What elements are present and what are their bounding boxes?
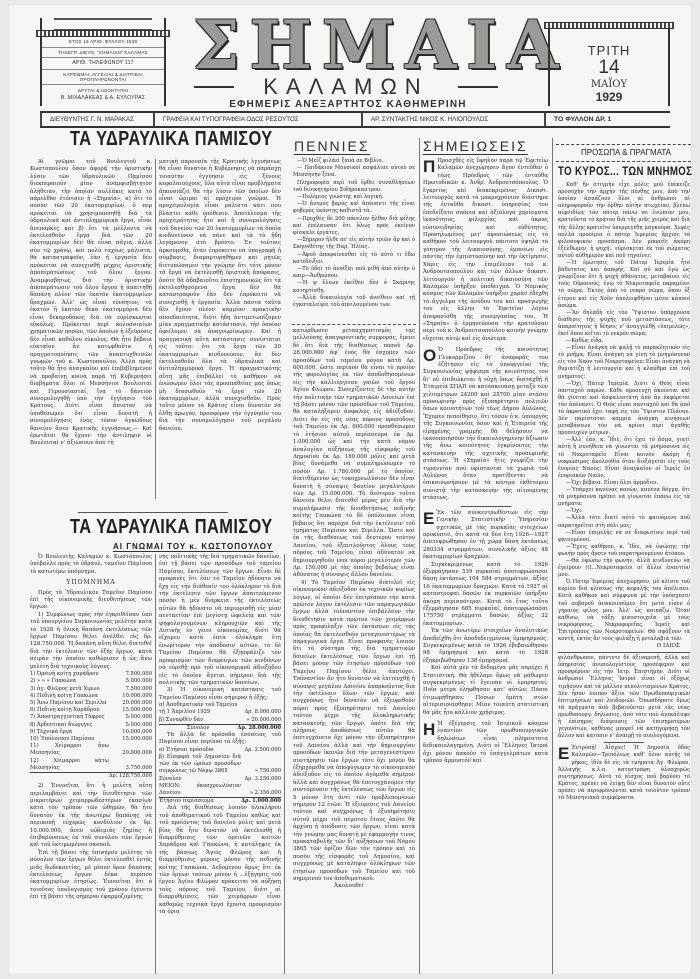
greek-key-ornament xyxy=(544,22,674,29)
memo-paragraph-3: Ἐπὶ τῇ βάσει τῆς ἐπισήμου μελέτης τὸ σύν… xyxy=(30,850,152,902)
article-2-text-b4: Διὰ τῆς διαθέσεως λοιπὸν ὁλοκλήρου τοῦ ἀ… xyxy=(159,805,281,916)
pennies-item: Πληροφορία περὶ τοῦ ἔρθει συναθλήσεων το… xyxy=(293,180,415,194)
persons-column: Καθ' ἣν στιγμὴν εἶχε μόλις μοῦ ἐπέκειζε … xyxy=(558,182,690,802)
note-8: ΕἘντροπή! Αἶσχος! Ἡ Δημοσία ὁδὸς Καλαμῶν… xyxy=(558,745,690,802)
continued-note: Ἀκολουθεῖ xyxy=(293,883,415,890)
finance-table: α) Ἀποθεματικὸν τοῦ Ταμείου τῇ 1 Ἀπριλίο… xyxy=(159,702,281,732)
article-2-column-a: Ὁ Βουλευτὴς Καλαμῶν κ. Κωστόπουλος ὑπέβα… xyxy=(30,554,152,902)
note-1: ΠΠροσχθὲς εἰς ὕψηλον παρὰ τῷ Ἐφετείῳ Καλ… xyxy=(423,158,548,343)
income-label: α) Ἐτήσιαι πρόσοδοι xyxy=(159,747,241,754)
note-6: Καὶ αὐτὰ μὲν τὰ δεδομένα μᾶς παρέχει ἡ Σ… xyxy=(423,665,548,717)
note-1-text: Προσχθὲς εἰς ὕψηλον παρὰ τῷ Ἐφετείῳ Καλα… xyxy=(423,158,548,342)
note-3: ΕἘκ τῶν συνκεντρωθέντων εἰς τὴν Γενικὴν … xyxy=(423,510,548,562)
info-bar: ΔΙΕΥΘΥΝΤΗΣ Γ. Ν. ΜΑΡΑΚΑΣ ΓΡΑΦΕΙΑ ΚΑΙ ΤΥΠ… xyxy=(40,111,670,128)
weekday: ΤΡΙΤΗ xyxy=(550,43,668,58)
work-value: 10.000.000 xyxy=(109,693,152,700)
work-label: 4) Πεδινὴ κοίτη Γαακώνα xyxy=(30,693,109,700)
finance-value: » 20.000.000 xyxy=(237,717,281,725)
day-number: 14 xyxy=(550,58,668,79)
income-table: α) Ἐτήσιαι πρόσοδοιΔρ. 2.500.000 β) Εἰσφ… xyxy=(159,747,281,806)
work-value: 20.000.000 xyxy=(109,700,152,707)
table-row: α) Ἐτήσιαι πρόσοδοιΔρ. 2.500.000 xyxy=(159,747,281,754)
divider xyxy=(604,742,644,743)
director: ΔΙΕΥΘΥΝΤΗΣ Γ. Ν. ΜΑΡΑΚΑΣ xyxy=(40,113,155,126)
persons-paragraph: —Ὄχι βέβαια. Εἶναι ὅλοι ἀρμόδιοι. xyxy=(558,480,690,487)
table-row: 2) » » » Γαακώνα5.000.000 xyxy=(30,678,152,685)
column-divider xyxy=(552,138,553,974)
work-value: 20.000.000 xyxy=(109,743,152,757)
table-row: ΜΕΙΟΝ; ὀκοσχρεωλύσιον Δανείου» 2.350.000 xyxy=(159,783,281,798)
persons-paragraph: —Εἶναι ἀνάγκη νὰ ψαλῇ τὸ παρακλητικὸν εἰ… xyxy=(558,345,690,380)
income-value: Δρ. 3.250.000 xyxy=(241,776,281,783)
ads-note: ΚΑΡΦΩΜΑΙ, ΑΓΓΕΛΙΑΙ & ΔΙΑΤΡΙΒΑΙ ΠΡΟΠΛΗΡΩΝ… xyxy=(42,70,164,86)
persons-paragraph: —Ἂν δηλαδὴ εἰς τὸν Ὕψιστον ὑπάρχουσα διά… xyxy=(558,310,690,338)
article-2-subhead: ΑΙ ΓΝΩΜΑΙ ΤΟΥ κ. ΚΩΣΤΟΠΟΥΛΟΥ xyxy=(113,542,273,552)
article-1-column-b: ματικὴ παρουσία τῆς Κρατικῆς ἐγγυήσεως θ… xyxy=(159,159,281,433)
work-value: 7.500.000 xyxy=(109,671,152,678)
pennies-item: —Τὸ ὁδοὶ τὸ ἀνοῖξαι ποῦ μιθῆ ἀπὸ αὐτὴν ὁ… xyxy=(293,266,415,280)
finance-label: α) Ἀποθεματικὸν τοῦ Ταμείου τῇ 1 Ἀπριλίο… xyxy=(159,702,237,716)
work-value: 5.000.000 xyxy=(109,722,152,729)
table-row: 4) Πεδινὴ κοίτη Γαακώνα10.000.000 xyxy=(30,693,152,700)
dropcap: Π xyxy=(423,159,435,174)
pennies-item: —Ὁ ἄνεμος βαρὺς καὶ ἀπέναντι τῆς εἶναι φ… xyxy=(293,201,415,215)
article-1-text-b: ματικὴ παρουσία τῆς Κρατικῆς ἐγγυήσεως θ… xyxy=(159,159,281,433)
memo-paragraph-2: 2) Ἐννοεῖται ὅτι ἡ μελέτη αὕτη περιλαμβά… xyxy=(30,783,152,850)
table-row: 9) Τεχνικὰ ἔργα10.000.000 xyxy=(30,729,152,736)
persons-paragraph: —Ἀλλὰ τότε διατί αὐτὸ τὸ φαινόμενο ποῦ π… xyxy=(558,515,690,529)
work-value: 15.000.000 xyxy=(109,736,152,743)
work-value: 7.500.000 xyxy=(109,686,152,693)
table-row: β) Εἰσφορὰ τοῦ Δημοσίου διὰ τῶν ἐκ τῶν ὡ… xyxy=(159,754,281,776)
article-1-column-a: Αἱ γνῶμαι τοῦ Βουλευτοῦ κ. Κωστοπούλου ὅ… xyxy=(30,159,152,448)
newspaper-page: ΕΤΟΣ 16 ΑΡΙΘ. ΦΥΛΛΟΥ 4539 ΤΗΛΕΓΡ. ΔΙΕΥΘ.… xyxy=(8,4,692,975)
work-label: 11) Χείμαρροι ἄνω Μεσσηνίας xyxy=(30,743,109,757)
persons-headline: ΤΟ ΚΥΡΟΣ... ΤΩΝ ΜΝΗΜΟΣΥΝΩΝ xyxy=(558,164,692,178)
divider xyxy=(78,512,228,513)
article-1-headline: ΤΑ ΥΔΡΑΥΛΙΚΑ ΠΑΜΙΣΟΥ xyxy=(70,128,273,151)
pennies-item: — Παιδάκιον Μουσικοί ασφάλισε αὐτοὺ σε Μ… xyxy=(293,165,415,179)
persons-paragraph: —Εἶναι ἐπιμελὴς νὰ σὲ διαφωτίσω περὶ τοῦ… xyxy=(558,530,690,544)
note-3-text: Ἐκ τῶν συνκεντρωθέντων εἰς τὴν Γενικὴν Σ… xyxy=(423,510,548,560)
income-label: β) Εἰσφορὰ τοῦ Δημοσίου διὰ τῶν ἐκ τῶν ὡ… xyxy=(159,754,241,776)
offices: ΓΡΑΦΕΙΑ ΚΑΙ ΤΥΠΟΓΡΑΦΕΙΑ ΟΔΟΣ ΡΕΣΟΥΤΟΣ xyxy=(155,113,363,126)
persons-paragraph: Καθ' ἣν στιγμὴν εἶχε μόλις μοῦ ἐπέκειζε … xyxy=(558,182,690,260)
income-value: » 2.350.000 xyxy=(241,783,281,798)
pennies-item: —Ἀφοῦ ἀποφαίνεσθαι εἰς τὸ αὐτό τι ἔδω κα… xyxy=(293,252,415,266)
box-cap-ornament xyxy=(54,18,152,30)
dropcap: Ε xyxy=(423,511,434,526)
memo-address: Πρὸς τὸ Ὑδραυλικὸν Ταμεῖον Παμίσου ἐπὶ τ… xyxy=(30,590,152,612)
memo-title: ΥΠΟΜΝΗΜΑ xyxy=(30,579,152,586)
divider xyxy=(292,324,416,325)
article-1-text-a: Αἱ γνῶμαι τοῦ Βουλευτοῦ κ. Κωστοπούλου ὅ… xyxy=(30,159,152,448)
work-label: 12) Χείμαρροι κάτω Μεσσηνίας xyxy=(30,758,109,773)
column-divider xyxy=(284,554,285,974)
dropcap: Ε xyxy=(558,746,569,761)
work-value: 15.000.000 xyxy=(109,707,152,714)
article-2-text-b3: Τὰ ἄλλα δὲ πρόσοδα ἐσόσειας τοῦ Παμίσου … xyxy=(159,732,281,747)
pennies-column: —Ὁ Μεϊζ φιλάει ξανὰ σε Βιβλιο. — Παιδάκι… xyxy=(293,158,415,309)
month: ΜΑΪΟΥ xyxy=(550,79,668,90)
column-divider xyxy=(155,159,156,499)
notes-heading: ΣΗΜΕΙΩΣΕΙΣ xyxy=(423,138,528,155)
newspaper-subtitle: ΚΑΛΑΜΩΝ xyxy=(196,74,496,100)
date-box: ΤΡΙΤΗ 14 ΜΑΪΟΥ 1929 xyxy=(548,22,670,106)
persons-things-box: ΠΡΟΣΩΠΑ & ΠΡΑΓΜΑΤΑ xyxy=(556,144,692,162)
pennies-item: —Ἀλλά δικαιολογία τοῦ ἀνείθειν καὶ τῇ ἐγ… xyxy=(293,295,415,309)
table-row: ΣύνολονΔρ. 3.250.000 xyxy=(159,776,281,783)
phone-number: ΑΡΙΘ. ΤΗΛΕΦΩΝΟΥ 117 xyxy=(42,58,164,70)
table-total-row: Δρ. 128.750.000 xyxy=(30,772,152,780)
table-row: 12) Χείμαρροι κάτω Μεσσηνίας3.750.000 xyxy=(30,758,152,773)
finance-label: Σύνολον xyxy=(159,724,237,732)
owners: Β. ΜΙΧΑΛΑΚΕΑΣ & Α. ΕΥΛΟΥΡΑΣ xyxy=(42,93,164,104)
pennies-heading: ΠΕΝΝΙΕΣ xyxy=(294,138,370,155)
column-divider xyxy=(419,138,420,974)
work-label: 8) Ἀρδευτικαὶ διώρυγες xyxy=(30,722,109,729)
pennies-item: —Προχθὲς δὲ 200 πάνελον ἤλθον διὰ φίλης … xyxy=(293,216,415,238)
greek-key-ornament xyxy=(36,30,170,37)
income-label: Σύνολον xyxy=(159,776,241,783)
income-label: ΜΕΙΟΝ; ὀκοσχρεωλύσιον Δανείου xyxy=(159,783,241,798)
work-label: 9) Τεχνικὰ ἔργα xyxy=(30,729,109,736)
divider xyxy=(558,652,690,653)
note-5: Ἐκ τῶν ἀνωτέρω στοιχείων ἀναλυτικῶς ἀπεδ… xyxy=(423,628,548,665)
income-value: Δρ. 2.500.000 xyxy=(241,747,281,754)
table-total-row: ΣύνολονΔρ. 28.000.000 xyxy=(159,724,281,732)
finance-value: Δρ. 28.000.000 xyxy=(237,724,281,732)
table-row: 8) Ἀρδευτικαὶ διώρυγες5.000.000 xyxy=(30,722,152,729)
note-4: Συγκεκριμένως κατὰ τὸ 1926 ἐξερράγησαν 5… xyxy=(423,562,548,629)
article-2-column-c: κατώρθωσεν μετασχηματισμός τας μελλούσης… xyxy=(293,328,415,891)
note-7-text: Ἡ ἐξέγερσις τοῦ Ἰατρικοῦ κόσμου ἐναντίον… xyxy=(423,721,548,764)
article-2-text-c1: κατώρθωσεν μετασχηματισμός τας μελλούσης… xyxy=(293,328,415,580)
note-2-text: Ὁ Πρόεδρος τῆς κοινότητος Γλυκορριζίου δ… xyxy=(423,347,548,501)
work-value: 5.000.000 xyxy=(109,714,152,721)
persons-paragraph: Ὁ Πάτερ Ἱερεμίας ἀπεχώρησεν, μὲ κλίσιν τ… xyxy=(558,579,690,643)
article-2-column-b: νης πολιτικῆς τῆς διὰ τμηματικῶν δανείων… xyxy=(159,554,281,916)
article-2-text-b2: 3) Ἡ οἰκονομικὴ κατάστασις τοῦ Ταμείου Π… xyxy=(159,687,281,702)
newspaper-title: ΣΗΜΑΙΑ xyxy=(193,12,498,78)
article-2-text-c2: 4) Τὸ Ταμεῖον Παμίσου διατελεῖ εἰς οἰκον… xyxy=(293,580,415,884)
notes-continued: φιλάνθρωπον, πάντοτε δὲ ἀξιοπρεπῆ, ἀλλὰ … xyxy=(558,655,690,740)
persons-paragraph: —Ἔχεις καθῆκον, κ. Ἴδιε, νὰ ὑψώσῃς τὴν φ… xyxy=(558,544,690,558)
table-row: 3) ἀγ. Φλῶρος μετὰ Χιρων7.500.000 xyxy=(30,686,152,693)
persons-paragraph: —Ἡ ἐρώτησις τοῦ Πάτερ Ἱερεμία ἦτο βάθυτα… xyxy=(558,260,690,310)
note-7: ΗἩ ἐξέγερσις τοῦ Ἰατρικοῦ κόσμου ἐναντίο… xyxy=(423,721,548,765)
owners-label: ΔΡΥΤΑΙ & ΙΔΙΟΚΤΗΤΑΙ xyxy=(42,85,164,92)
finance-value: Δρ. 8.000.000 xyxy=(237,702,281,716)
table-row: α) Ἀποθεματικὸν τοῦ Ταμείου τῇ 1 Ἀπριλίο… xyxy=(159,702,281,716)
dropcap: Ο xyxy=(423,348,436,363)
article-2-text-b1: νης πολιτικῆς τῆς διὰ τμηματικῶν δανείων… xyxy=(159,554,281,687)
divider xyxy=(461,506,511,507)
persons-paragraph: —Θὰ ὑψώσω τὴν φωνήν, ἀλλὰ κινδυνεύω νὰ ἐ… xyxy=(558,558,690,579)
income-value: » 750.000 xyxy=(241,754,281,776)
pennies-item: —Ἡ ψ ἔλεων ἐκεῖθεν δὲν ὁ Σκάρνης κατηρτί… xyxy=(293,280,415,294)
article-2-headline: ΤΑ ΥΔΡΑΥΛΙΚΑ ΠΑΜΙΣΟΥ xyxy=(70,516,273,539)
masthead-info-box: ΕΤΟΣ 16 ΑΡΙΘ. ΦΥΛΛΟΥ 4539 ΤΗΛΕΓΡ. ΔΙΕΥΘ.… xyxy=(40,18,166,106)
column-divider xyxy=(155,554,156,974)
finance-label: β) Συναφθὲν δάν. xyxy=(159,717,237,725)
pennies-item: —Σήμερον ἤλθε πε' εἰς αὐτὴν τριῶν ἄρ καὶ… xyxy=(293,237,415,251)
telegraph-address: ΤΗΛΕΓΡ. ΔΙΕΥΘ. "ΣΗΜΑΙΑΝ" ΚΑΛΑΜΑΣ xyxy=(42,48,164,59)
year-issue: ΕΤΟΣ 16 ΑΡΙΘ. ΦΥΛΛΟΥ 4539 xyxy=(42,37,164,48)
table-row: 11) Χείμαρροι ἄνω Μεσσηνίας20.000.000 xyxy=(30,743,152,757)
year: 1929 xyxy=(550,90,668,104)
works-total: Δρ. 128.750.000 xyxy=(109,772,152,780)
note-8-text: Ἐντροπή! Αἶσχος! Ἡ Δημοσία ὁδὸς Καλαμῶν—… xyxy=(558,745,690,801)
work-value: 10.000.000 xyxy=(109,729,152,736)
notes-column: ΠΠροσχθὲς εἰς ὕψηλον παρὰ τῷ Ἐφετείῳ Καλ… xyxy=(423,158,548,766)
works-table: 1) Ὀρεινὴ κοίτη χαράδρου7.500.000 2) » »… xyxy=(30,671,152,780)
co-director: ΑΡ. ΣΥΝΤΑΚΤΗΣ ΝΙΚΟΣ Κ. ΗΛΙΟΠΟΥΛΟΣ xyxy=(363,113,546,126)
dropcap: Η xyxy=(423,722,435,737)
persons-signature: Ο ΙΔΙΟΣ xyxy=(558,643,690,650)
note-2: ΟὉ Πρόεδρος τῆς κοινότητος Γλυκορριζίου … xyxy=(423,347,548,503)
work-label: 7) Ἀποστραγγιστικὴ Τάφρος xyxy=(30,714,109,721)
persons-paragraph: —Ὄχι, Πάτερ Ἱερεμία. Διότι ὁ Θεὸς εἶναι … xyxy=(558,381,690,438)
memo-paragraph-1: 1) Συμφώνως πρὸς τὴν ἐγκριθεῖσαν ὑπὸ τοῦ… xyxy=(30,612,152,671)
persons-paragraph: —Ἀλλ' ἐάν, κ. Ἴδιε, ὅτι ἔχει τὸ ἄσμα, γι… xyxy=(558,437,690,480)
work-label: 3) ἀγ. Φλῶρος μετὰ Χιρων xyxy=(30,686,109,693)
persons-paragraph: —Ὑπάρχει κανένας κανὼν, κανένα δόγμα, ὅτ… xyxy=(558,487,690,508)
work-label: 2) » » » Γαακώνα xyxy=(30,678,109,685)
table-row: β) Συναφθὲν δάν.» 20.000.000 xyxy=(159,717,281,725)
work-value: 5.000.000 xyxy=(109,678,152,685)
table-row: 7) Ἀποστραγγιστικὴ Τάφρος5.000.000 xyxy=(30,714,152,721)
price: ΤΟ ΦΥΛΛΟΝ ΔΡ. 1 xyxy=(546,113,619,126)
newspaper-tagline: ΕΦΗΜΕΡΙΣ ΑΝΕΞΑΡΤΗΤΟΣ ΚΑΘΗΜΕΡΙΝΗ xyxy=(198,99,498,110)
work-value: 3.750.000 xyxy=(109,758,152,773)
article-2-intro: Ὁ Βουλευτὴς Καλαμῶν κ. Κωστόπουλος ὑπέβα… xyxy=(30,554,152,576)
